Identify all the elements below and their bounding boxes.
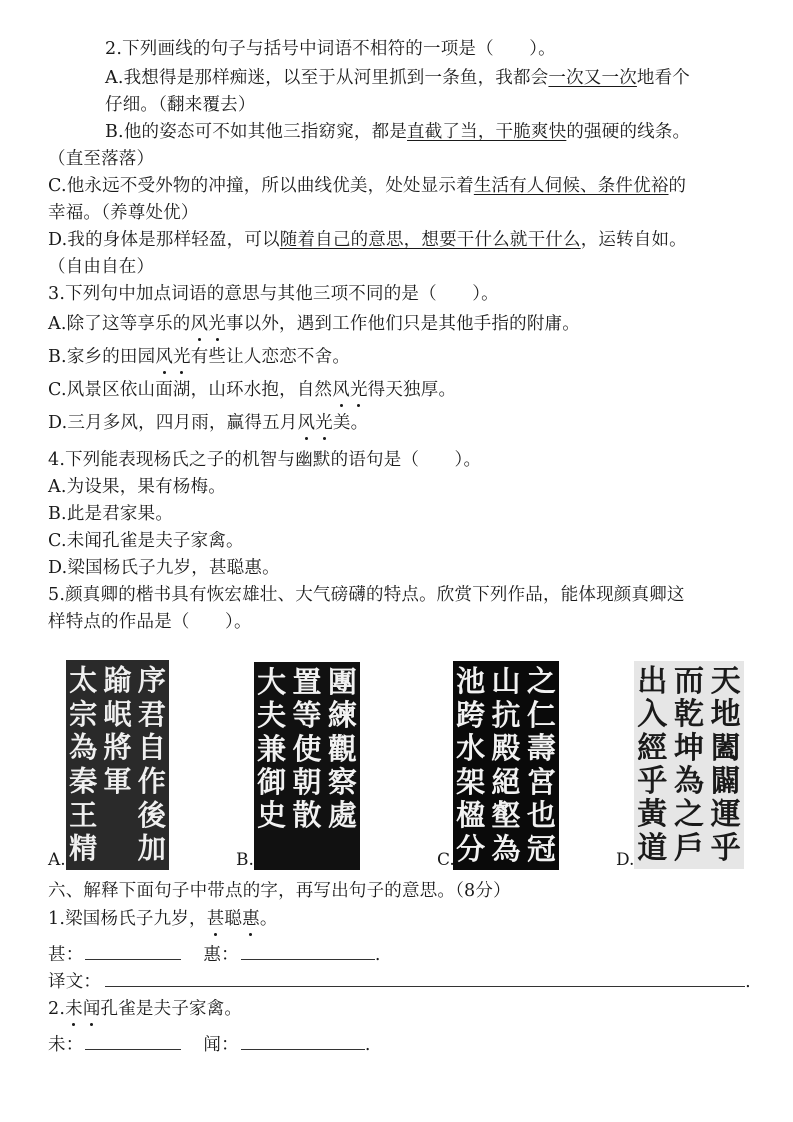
q4-option-a: A.为设果，果有杨梅。	[48, 476, 226, 498]
dotted-char: 光	[350, 380, 368, 400]
q2-option-c: C.他永远不受外物的冲撞，所以曲线优美，处处显示着生活有人伺候、条件优裕的	[48, 175, 686, 197]
q2-option-a: A.我想得是那样痴迷，以至于从河里抓到一条鱼，我都会一次又一次地看个	[105, 67, 690, 89]
dotted-char: 风	[332, 380, 350, 400]
q2-stem: 2.下列画线的句子与括号中词语不相符的一项是（ ）。	[105, 38, 556, 60]
answer-blank-hui[interactable]	[241, 943, 375, 960]
calligraphy-column: 池跨水架楹分	[453, 665, 488, 866]
calligraphy-image-c: 之仁壽宮也冠山抗殿絕壑為池跨水架楹分	[453, 661, 559, 870]
translation-blank[interactable]	[105, 970, 745, 987]
q3-option-b: B.家乡的田园风光有些让人恋恋不舍。	[48, 346, 350, 368]
s6-q1-sentence: 1.梁国杨氏子九岁，甚聪惠。	[48, 908, 278, 930]
q4-stem: 4.下列能表现杨氏之子的机智与幽默的语句是（ ）。	[48, 449, 481, 471]
q2-option-b: B.他的姿态可不如其他三指窈窕，都是直截了当，干脆爽快的强硬的线条。	[105, 121, 690, 143]
q2-option-b-cont: （直至落落）	[48, 148, 154, 170]
q4-option-d: D.梁国杨氏子九岁，甚聪惠。	[48, 557, 280, 579]
q4-option-c: C.未闻孔雀是夫子家禽。	[48, 530, 244, 552]
dotted-char: 风	[155, 347, 173, 367]
calligraphy-column: 太宗為秦王精	[66, 664, 100, 866]
answer-blank-shen[interactable]	[85, 943, 181, 960]
q2-option-c-cont: 幸福。（养尊处优）	[48, 202, 199, 224]
s6-q2-sentence: 2.未闻孔雀是夫子家禽。	[48, 998, 242, 1020]
q5-stem-cont: 样特点的作品是（ ）。	[48, 611, 252, 633]
dotted-char: 闻	[83, 999, 101, 1019]
dotted-char: 光	[315, 413, 333, 433]
section6-title: 六、解释下面句子中带点的字，再写出句子的意思。（8分）	[48, 880, 511, 902]
calligraphy-column: 而乾坤為之戶	[671, 665, 708, 865]
calligraphy-image-b: 團練觀察處置等使朝散大夫兼御史	[254, 662, 360, 870]
underlined-phrase: 直截了当，干脆爽快	[407, 122, 566, 142]
q5-image-a-label: A.	[48, 850, 66, 870]
q2-option-a-cont: 仔细。（翻来覆去）	[105, 94, 256, 116]
q5-stem: 5.颜真卿的楷书具有恢宏雄壮、大气磅礴的特点。欣赏下列作品，能体现颜真卿这	[48, 584, 685, 606]
calligraphy-column: 之仁壽宮也冠	[524, 665, 559, 866]
calligraphy-image-a: 序君自作後加踰岷將軍太宗為秦王精	[66, 660, 169, 870]
dotted-char: 甚	[207, 909, 225, 929]
underlined-phrase: 随着自己的意思，想要干什么就干什么	[280, 230, 581, 250]
q2-option-d-cont: （自由自在）	[48, 256, 154, 278]
s6-q1-translation: 译文：.	[48, 970, 751, 993]
q5-image-b-label: B.	[236, 850, 254, 870]
q3-stem: 3.下列句中加点词语的意思与其他三项不同的是（ ）。	[48, 283, 499, 305]
answer-blank-wei[interactable]	[85, 1033, 181, 1050]
calligraphy-column: 序君自作後加	[135, 664, 169, 866]
q4-option-b: B.此是君家果。	[48, 503, 173, 525]
calligraphy-image-d: 天地闔闢運乎而乾坤為之戶出入經乎黃道	[634, 661, 744, 869]
q3-option-a: A.除了这等享乐的风光事以外，遇到工作他们只是其他手指的附庸。	[48, 313, 580, 335]
dotted-char: 风	[191, 314, 209, 334]
dotted-char: 未	[65, 999, 83, 1019]
calligraphy-column: 天地闔闢運乎	[707, 665, 744, 865]
q5-image-d-label: D.	[616, 850, 634, 870]
underlined-phrase: 生活有人伺候、条件优裕	[474, 176, 669, 196]
q3-option-c: C.风景区依山面湖，山环水抱，自然风光得天独厚。	[48, 379, 456, 401]
underlined-phrase: 一次又一次	[548, 68, 637, 88]
calligraphy-column: 團練觀察處	[325, 666, 360, 833]
s6-q1-answers: 甚：惠：.	[48, 943, 381, 966]
calligraphy-column: 大夫兼御史	[254, 666, 289, 833]
dotted-char: 风	[297, 413, 315, 433]
dotted-char: 惠	[242, 909, 260, 929]
q3-option-d: D.三月多风，四月雨，赢得五月风光美。	[48, 412, 368, 434]
dotted-char: 光	[208, 314, 226, 334]
dotted-char: 光	[173, 347, 191, 367]
answer-blank-wen[interactable]	[241, 1033, 365, 1050]
calligraphy-column: 踰岷將軍	[100, 664, 134, 799]
q2-option-d: D.我的身体是那样轻盈，可以随着自己的意思，想要干什么就干什么，运转自如。	[48, 229, 687, 251]
calligraphy-column: 出入經乎黃道	[634, 665, 671, 865]
s6-q2-answers: 未：闻：.	[48, 1033, 371, 1056]
calligraphy-column: 山抗殿絕壑為	[488, 665, 523, 866]
calligraphy-column: 置等使朝散	[289, 666, 324, 833]
